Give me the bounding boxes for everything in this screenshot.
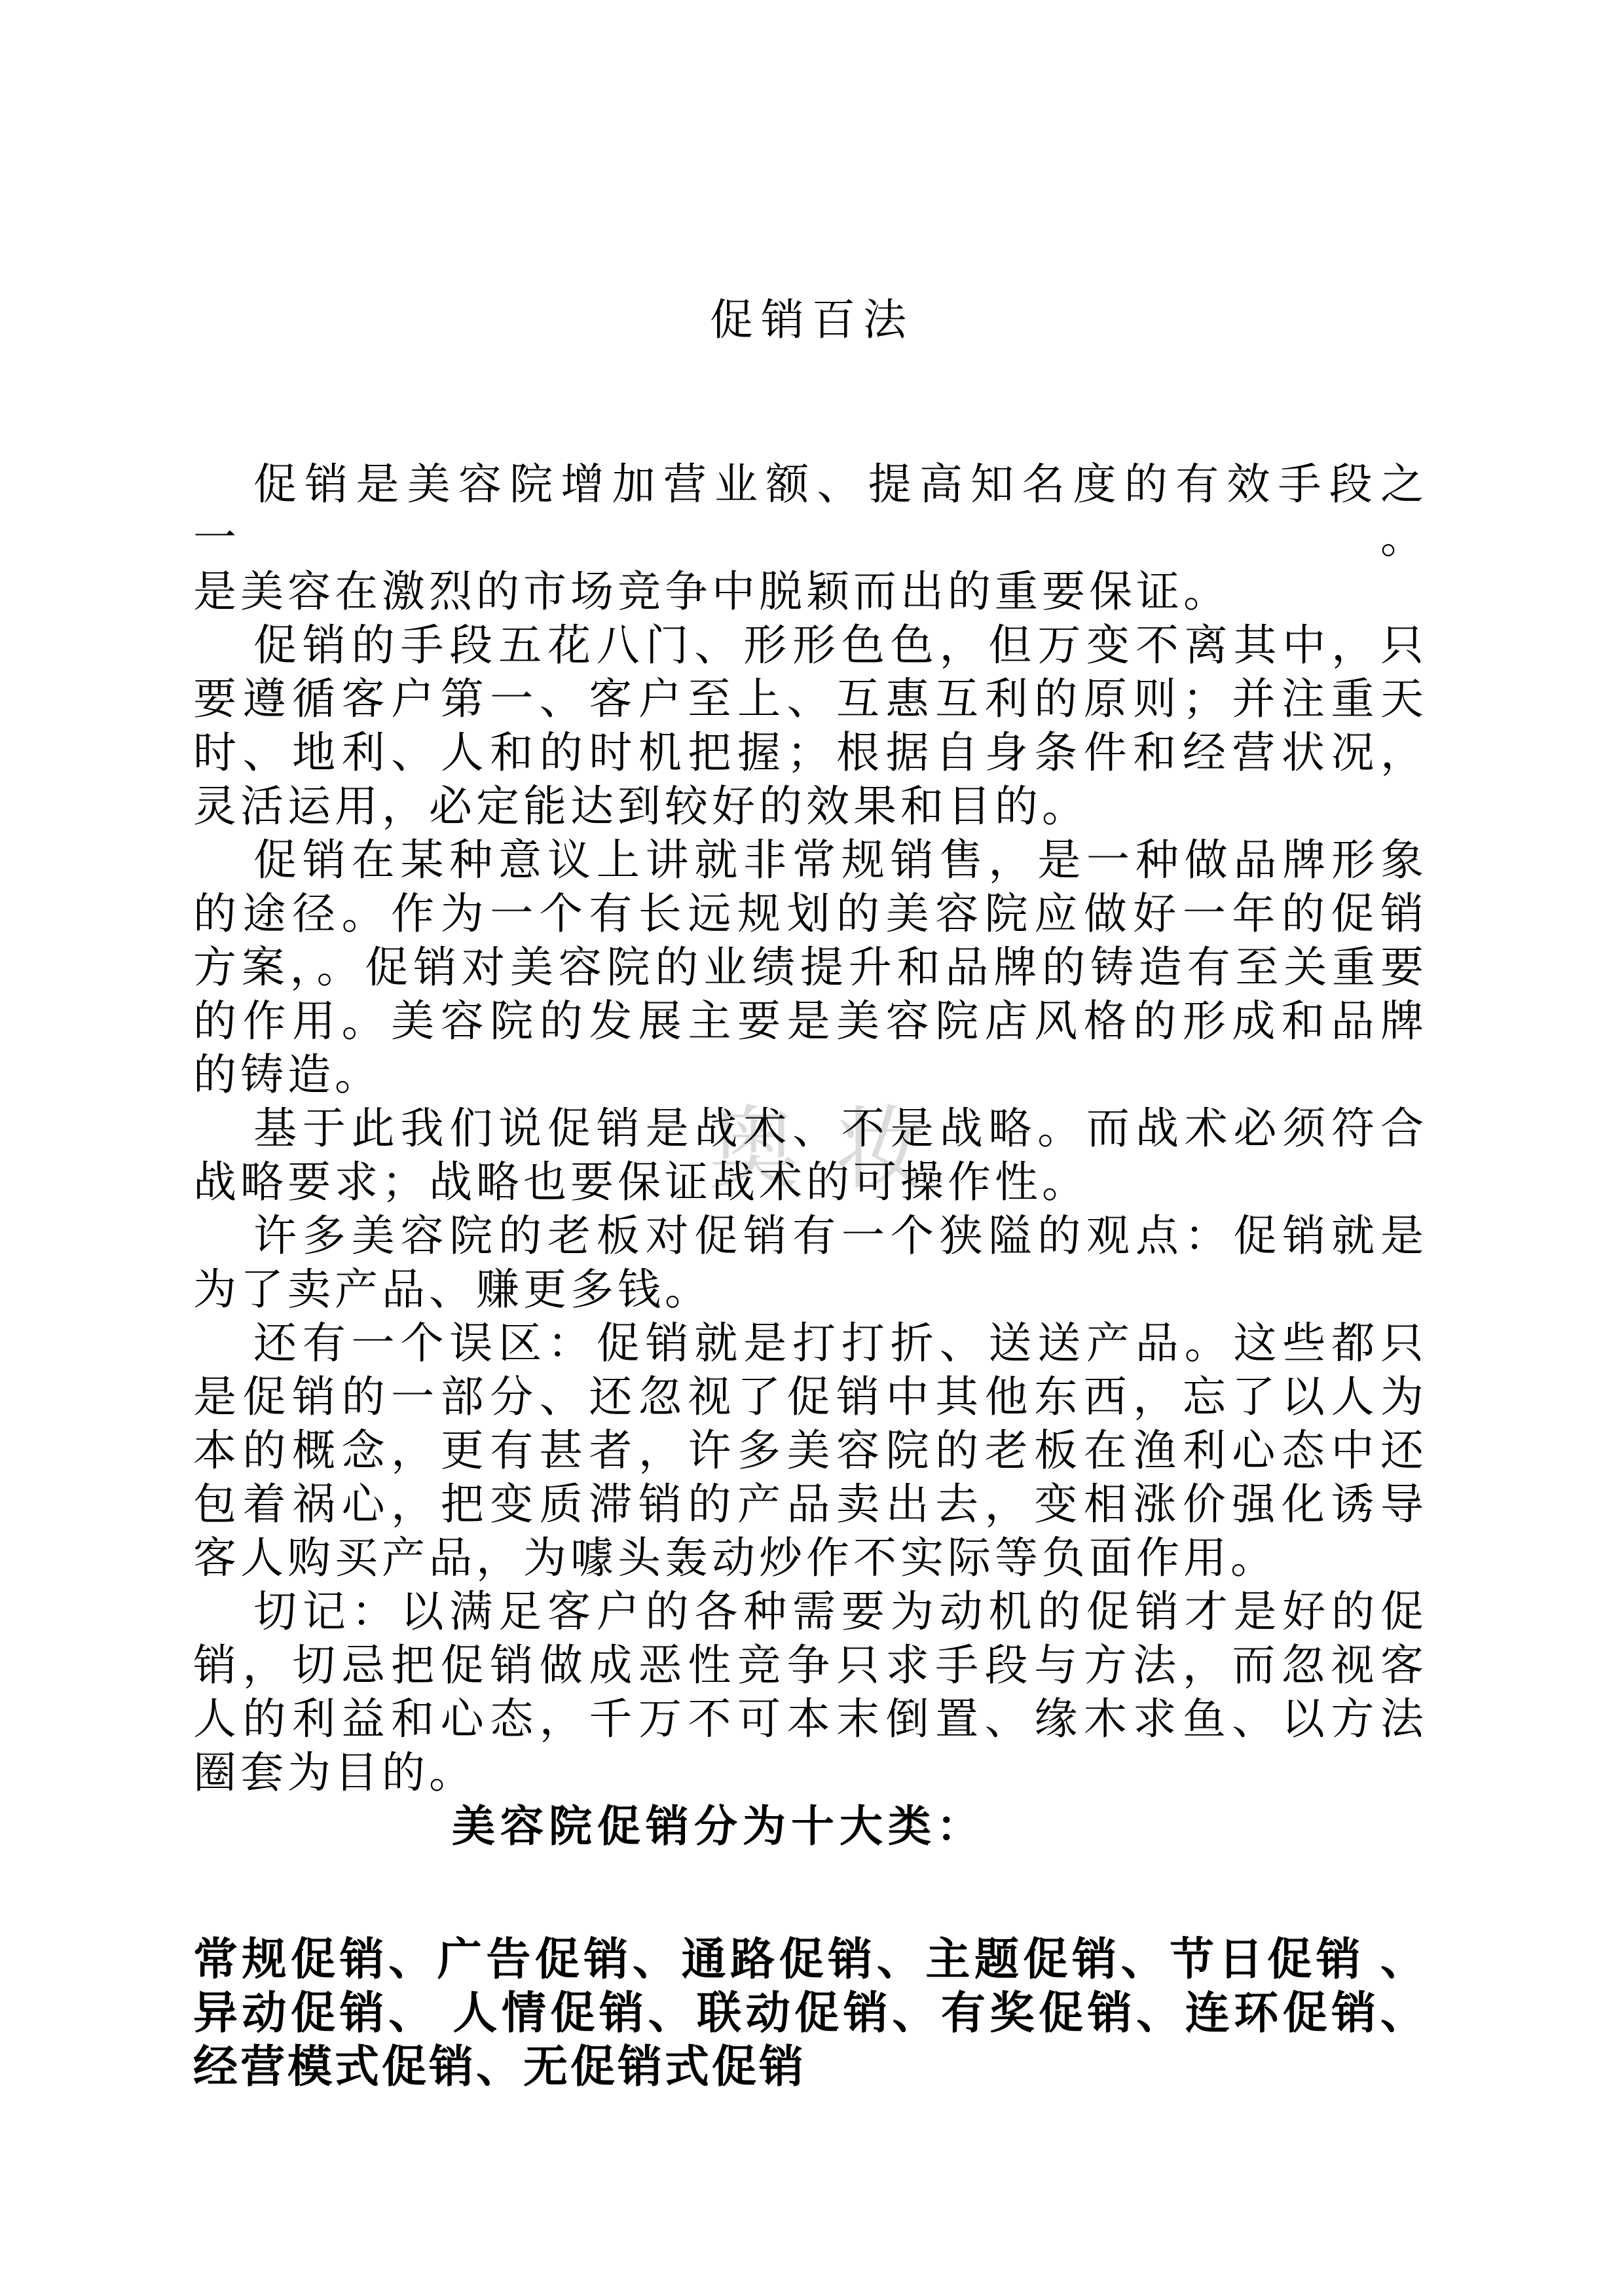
body-line: 客人购买产品，为噱头轰动炒作不实际等负面作用。 [193,1532,1428,1586]
body-line: 灵活运用，必定能达到较好的效果和目的。 [193,780,1428,834]
body-line: 圈套为目的。 [193,1747,1428,1800]
body-line: 时、地利、人和的时机把握；根据自身条件和经营状况， [193,727,1428,780]
category-line: 经营模式促销、无促销式促销 [193,2040,1428,2094]
body-line: 促销的手段五花八门、形形色色，但万变不离其中，只 [193,619,1428,673]
body-line: 的途径。作为一个有长远规划的美容院应做好一年的促销 [193,888,1428,941]
section-gap [193,1854,1428,1933]
subheading: 美容院促销分为十大类： [193,1800,1428,1854]
category-line: 常规促销、广告促销、通路促销、主题促销、节日促销 、 [193,1933,1428,1986]
body-line: 还有一个误区：促销就是打打折、送送产品。这些都只 [193,1317,1428,1371]
body-line: 是促销的一部分、还忽视了促销中其他东西，忘了以人为 [193,1371,1428,1425]
body-line: 战略要求；战略也要保证战术的可操作性。 [193,1156,1428,1210]
page-title: 促销百法 [0,293,1624,348]
body-line: 方案，。促销对美容院的业绩提升和品牌的铸造有至关重要 [193,941,1428,995]
body-line: 促销是美容院增加营业额、提高知名度的有效手段之一。 [193,458,1428,566]
body-line: 的铸造。 [193,1049,1428,1102]
body-line: 要遵循客户第一、客户至上、互惠互利的原则；并注重天 [193,673,1428,727]
document-body: 促销是美容院增加营业额、提高知名度的有效手段之一。 是美容在激烈的市场竞争中脱颖… [193,458,1428,2094]
body-line: 基于此我们说促销是战术、不是战略。而战术必须符合 [193,1102,1428,1156]
body-line: 促销在某种意议上讲就非常规销售，是一种做品牌形象 [193,834,1428,888]
document-page: 奥妆 促销百法 促销是美容院增加营业额、提高知名度的有效手段之一。 是美容在激烈… [0,0,1624,2296]
body-line: 许多美容院的老板对促销有一个狭隘的观点：促销就是 [193,1210,1428,1264]
body-line: 本的概念，更有甚者，许多美容院的老板在渔利心态中还 [193,1425,1428,1478]
body-line: 为了卖产品、赚更多钱。 [193,1264,1428,1317]
body-line: 销，切忌把促销做成恶性竞争只求手段与方法，而忽视客 [193,1639,1428,1693]
body-line: 是美容在激烈的市场竞争中脱颖而出的重要保证。 [193,566,1428,619]
body-line: 包着祸心，把变质滞销的产品卖出去，变相涨价强化诱导 [193,1478,1428,1532]
body-line: 人的利益和心态，千万不可本末倒置、缘木求鱼、以方法 [193,1693,1428,1747]
category-line: 异动促销、 人情促销、联动促销、有奖促销、连环促销、 [193,1986,1428,2040]
body-line: 的作用。美容院的发展主要是美容院店风格的形成和品牌 [193,995,1428,1049]
body-line: 切记：以满足客户的各种需要为动机的促销才是好的促 [193,1586,1428,1639]
